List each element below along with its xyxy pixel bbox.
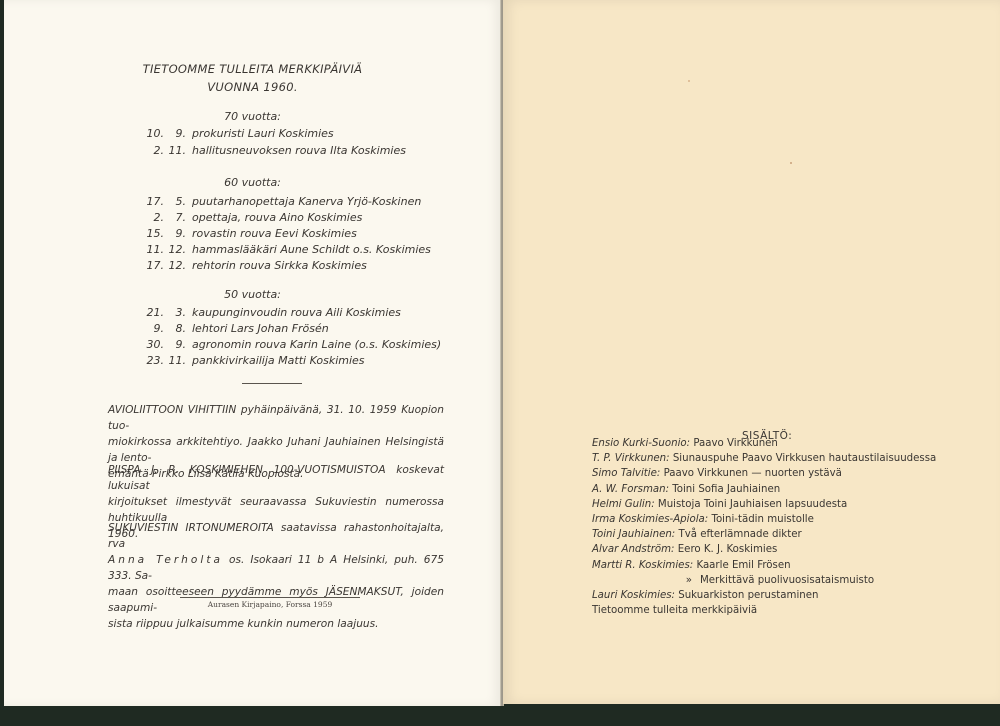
- toc-item: »Merkittävä puolivuosisataismuisto: [592, 573, 936, 588]
- anniversary-entry: 9.8.lehtori Lars Johan Frösén: [144, 321, 329, 337]
- printer-divider: [180, 597, 360, 598]
- toc-item: Simo Talvitie: Paavo Virkkunen — nuorten…: [592, 466, 936, 481]
- toc-item: Martti R. Koskimies: Kaarle Emil Frösen: [592, 558, 936, 573]
- toc-item: Ensio Kurki-Suonio: Paavo Virkkunen: [592, 436, 936, 451]
- left-page: TIETOOMME TULLEITA MERKKIPÄIVIÄ VUONNA 1…: [4, 0, 501, 706]
- toc-item: A. W. Forsman: Toini Sofia Jauhiainen: [592, 482, 936, 497]
- anniversary-entry: 2.7.opettaja, rouva Aino Koskimies: [144, 210, 362, 226]
- page-title: TIETOOMME TULLEITA MERKKIPÄIVIÄ: [4, 62, 501, 76]
- paper-speck: [790, 162, 792, 164]
- section-heading-70: 70 vuotta:: [4, 110, 501, 123]
- toc-item: Irma Koskimies-Apiola: Toini-tädin muist…: [592, 512, 936, 527]
- toc-item: T. P. Virkkunen: Siunauspuhe Paavo Virkk…: [592, 451, 936, 466]
- toc-item: Tietoomme tulleita merkkipäiviä: [592, 603, 936, 618]
- anniversary-entry: 15.9.rovastin rouva Eevi Koskimies: [144, 226, 357, 242]
- anniversary-entry: 23.11.pankkivirkailija Matti Koskimies: [144, 353, 365, 369]
- orders-notice: SUKUVIESTIN IRTONUMEROITA saatavissa rah…: [108, 520, 444, 632]
- anniversary-entry: 2.11.hallitusneuvoksen rouva Ilta Koskim…: [144, 143, 406, 159]
- toc-list: Ensio Kurki-Suonio: Paavo Virkkunen T. P…: [592, 436, 936, 618]
- section-heading-50: 50 vuotta:: [4, 288, 501, 301]
- toc-item: Alvar Andström: Eero K. J. Koskimies: [592, 542, 936, 557]
- anniversary-entry: 30.9.agronomin rouva Karin Laine (o.s. K…: [144, 337, 441, 353]
- toc-item: Toini Jauhiainen: Två efterlämnade dikte…: [592, 527, 936, 542]
- printer-imprint: Aurasen Kirjapaino, Forssa 1959: [180, 600, 360, 609]
- anniversary-entry: 11.12.hammaslääkäri Aune Schildt o.s. Ko…: [144, 242, 431, 258]
- toc-item: Helmi Gulin: Muistoja Toini Jauhiaisen l…: [592, 497, 936, 512]
- anniversary-entry: 10.9.prokuristi Lauri Koskimies: [144, 126, 334, 142]
- anniversary-entry: 17.12.rehtorin rouva Sirkka Koskimies: [144, 258, 367, 274]
- paper-speck: [688, 80, 690, 82]
- toc-item: Lauri Koskimies: Sukuarkiston perustamin…: [592, 588, 936, 603]
- page-title-year: VUONNA 1960.: [4, 80, 501, 94]
- section-heading-60: 60 vuotta:: [4, 176, 501, 189]
- anniversary-entry: 17.5.puutarhanopettaja Kanerva Yrjö-Kosk…: [144, 194, 421, 210]
- divider: [242, 383, 302, 384]
- anniversary-entry: 21.3.kaupunginvoudin rouva Aili Koskimie…: [144, 305, 401, 321]
